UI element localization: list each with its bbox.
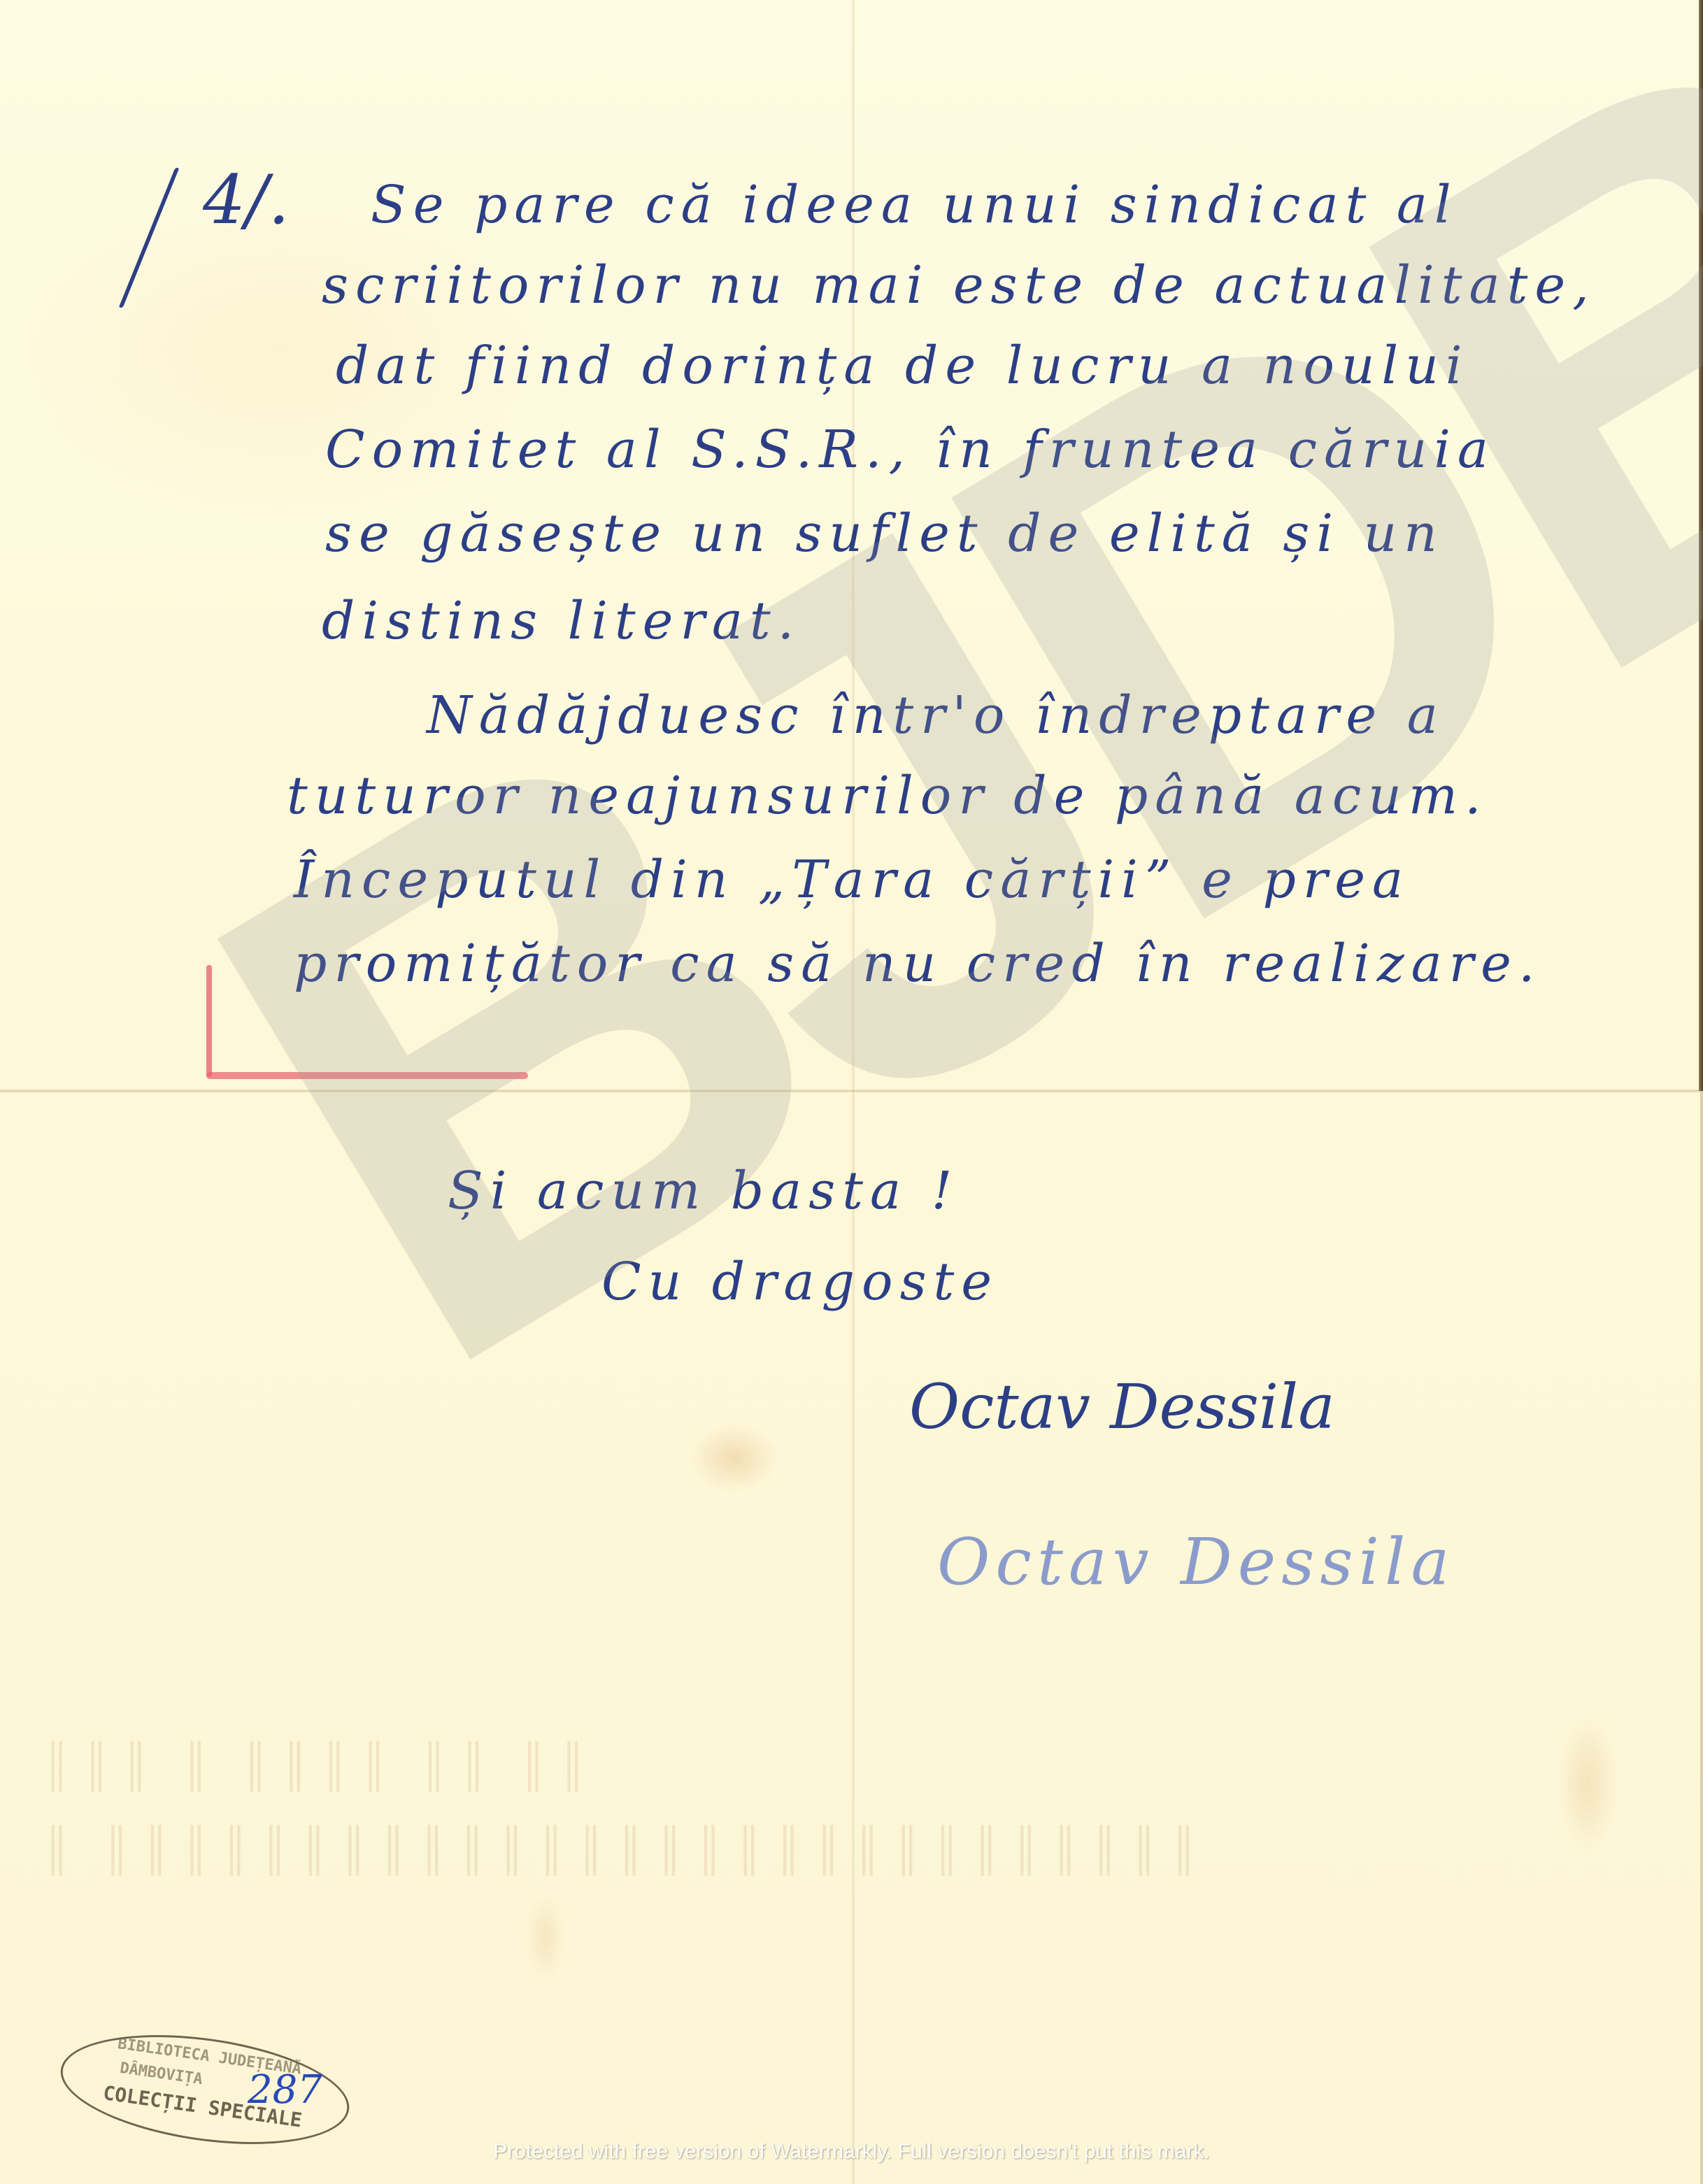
bleed-through-text: ║ ║║║║║║║║║║║║║║║║║║║║║║║║║║║║: [42, 1825, 1209, 1873]
signature: Octav Dessila: [909, 1371, 1335, 1443]
closing-line-1: Și acum basta !: [448, 1161, 959, 1221]
watermarkly-notice: Protected with free version of Watermark…: [0, 2140, 1703, 2164]
red-pencil-underline: [206, 1072, 528, 1079]
red-pencil-bracket: [206, 965, 212, 1077]
body-line-9: Începutul din „Țara cărții” e prea: [294, 850, 1410, 910]
body-line-3: dat fiind dorința de lucru a noului: [336, 336, 1469, 396]
library-stamp: BIBLIOTECA JUDEȚEANĂ DÂMBOVIȚA COLECȚII …: [54, 2019, 356, 2160]
closing-line-2: Cu dragoste: [601, 1252, 999, 1312]
body-line-4: Comitet al S.S.R., în fruntea căruia: [325, 420, 1495, 480]
body-line-5: se găsește un suflet de elită și un: [325, 504, 1444, 564]
body-line-1: Se pare că ideea unui sindicat al: [371, 175, 1458, 235]
page-edge-lower: [1700, 1091, 1703, 2184]
body-line-6: distins literat.: [322, 591, 801, 651]
manuscript-page: ║║║ ║ ║║║║ ║║ ║║ ║ ║║║║║║║║║║║║║║║║║║║║║…: [0, 0, 1703, 2184]
signature-transcription: Octav Dessila: [937, 1525, 1455, 1599]
body-line-10: promițător ca să nu cred în realizare.: [294, 934, 1541, 994]
margin-stroke: [119, 168, 180, 308]
inventory-number: 287: [248, 2067, 322, 2113]
item-number: 4/.: [203, 161, 290, 239]
bleed-through-text: ║║║ ║ ║║║║ ║║ ║║: [42, 1741, 597, 1790]
body-line-8: tuturor neajunsurilor de până acum.: [287, 766, 1488, 826]
body-line-7: Nădăjduesc într'o îndreptare a: [427, 685, 1445, 745]
body-line-2: scriitorilor nu mai este de actualitate,: [322, 255, 1596, 315]
page-edge-shadow: [1699, 0, 1703, 1091]
